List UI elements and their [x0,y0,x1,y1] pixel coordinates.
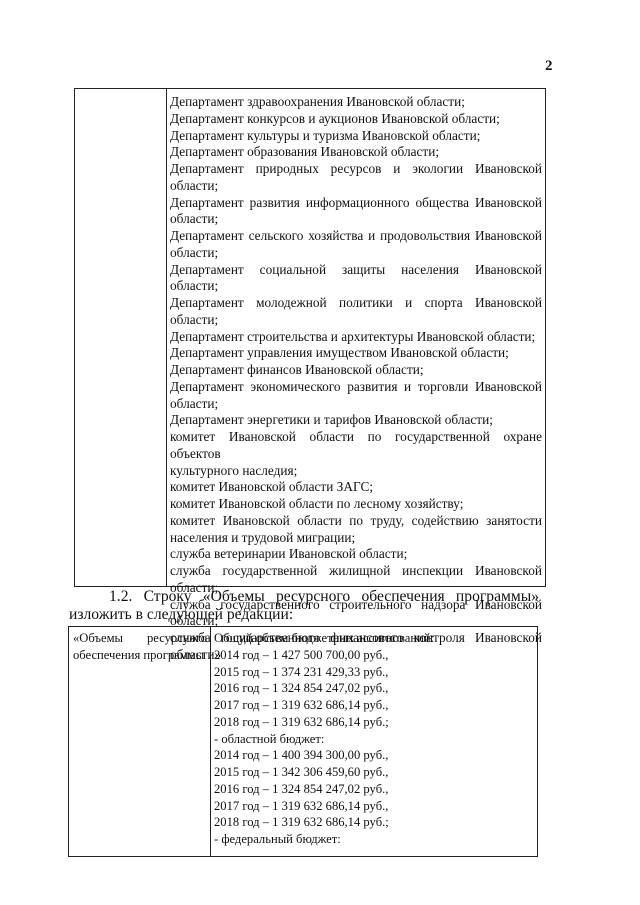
budget-line: - федеральный бюджет: [214,831,532,848]
text-line: культурного наследия; [170,463,542,480]
budget-line: 2015 год – 1 342 306 459,60 руб., [214,764,532,781]
budget-line: 2018 год – 1 319 632 686,14 руб.; [214,814,532,831]
text-line: комитет Ивановской области по лесному хо… [170,496,542,513]
text-line: комитет Ивановской области ЗАГС; [170,479,542,496]
budget-line: 2018 год – 1 319 632 686,14 руб.; [214,714,532,731]
text-line: области; [170,211,542,228]
text-line: области; [170,245,542,262]
paragraph-line-1: 1.2. Строку «Объемы ресурсного обеспечен… [69,588,539,606]
resource-provision-table: «Объемы ресурсного обеспечения программы… [68,626,538,857]
text-line: Департамент экономического развития и то… [170,379,542,396]
text-line: Департамент природных ресурсов и экологи… [170,161,542,195]
column-divider [166,89,167,586]
text-line: Департамент социальной защиты населения … [170,262,542,296]
text-line: Департамент здравоохранения Ивановской о… [170,94,542,111]
budget-values-cell: Общий объем бюджетных ассигнований: 2014… [214,630,532,848]
budget-line: 2017 год – 1 319 632 686,14 руб., [214,697,532,714]
budget-line: 2014 год – 1 427 500 700,00 руб., [214,647,532,664]
text-line: Департамент культуры и туризма Ивановско… [170,128,542,145]
text-line: Департамент управления имуществом Иванов… [170,345,542,362]
budget-line: 2017 год – 1 319 632 686,14 руб., [214,798,532,815]
text-line: области; [170,396,542,413]
budget-line: 2016 год – 1 324 854 247,02 руб., [214,781,532,798]
text-line: комитет Ивановской области по государств… [170,429,542,463]
text-line: Департамент развития информационного общ… [170,195,542,212]
amendment-paragraph: 1.2. Строку «Объемы ресурсного обеспечен… [69,588,539,624]
budget-line: 2015 год – 1 374 231 429,33 руб., [214,664,532,681]
text-line: Департамент сельского хозяйства и продов… [170,228,542,245]
row-label-line-2: обеспечения программы [73,648,204,662]
budget-line: 2014 год – 1 400 394 300,00 руб., [214,747,532,764]
text-line: Департамент молодежной политики и спорта… [170,295,542,329]
text-line: Департамент конкурсов и аукционов Иванов… [170,111,542,128]
text-line: Департамент строительства и архитектуры … [170,329,542,346]
row-label-line-1: «Объемы ресурсного [73,630,207,647]
text-line: Департамент энергетики и тарифов Ивановс… [170,412,542,429]
text-line: комитет Ивановской области по труду, сод… [170,513,542,530]
text-line: служба ветеринарии Ивановской области; [170,546,542,563]
text-line: населения и трудовой миграции; [170,530,542,547]
text-line: Департамент образования Ивановской облас… [170,144,542,161]
paragraph-line-2: изложить в следующей редакции: [69,606,539,624]
row-label-cell: «Объемы ресурсного обеспечения программы [73,630,207,663]
departments-cell: Департамент здравоохранения Ивановской о… [170,94,542,664]
column-divider [210,627,211,856]
budget-line: 2016 год – 1 324 854 247,02 руб., [214,680,532,697]
budget-line: - областной бюджет: [214,731,532,748]
text-line: Департамент финансов Ивановской области; [170,362,542,379]
budget-line: Общий объем бюджетных ассигнований: [214,630,532,647]
departments-table: Департамент здравоохранения Ивановской о… [74,88,546,587]
page-number: 2 [545,58,553,75]
